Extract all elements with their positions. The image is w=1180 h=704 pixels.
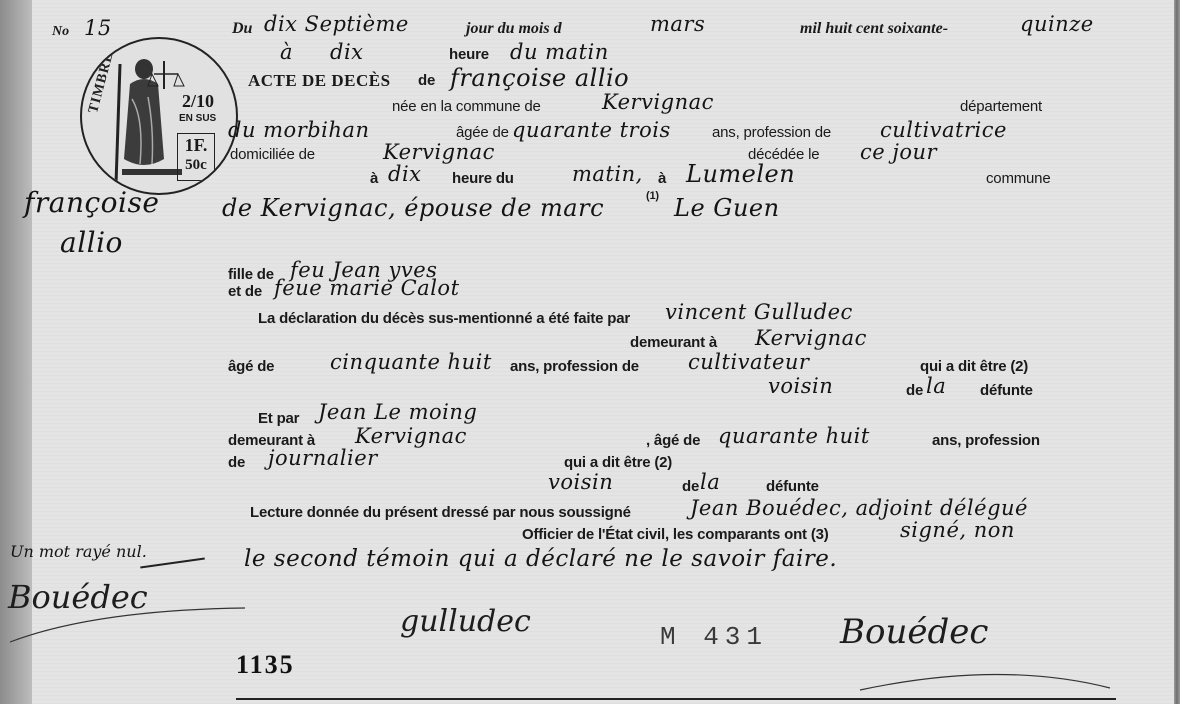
hand-declarant-profession: cultivateur [688,350,809,374]
signature-flourish-icon [5,600,255,650]
print-de-4: de [682,478,699,495]
hand-a: à [280,40,293,64]
print-heure: heure [449,46,489,63]
print-de-3: de [228,454,245,471]
hand-age: quarante trois [512,118,671,142]
hand-domicile: Kervignac [383,140,495,164]
stamp-surcharge-note: EN SUS [179,113,216,124]
hand-witness-residence: Kervignac [355,424,467,448]
hand-month: mars [650,12,705,36]
hand-declarant-age: cinquante huit [330,350,492,374]
print-et-par: Et par [258,410,299,427]
hand-witness-age: quarante huit [718,424,870,448]
hand-department: du morbihan [228,118,369,142]
stamp-price: 1F. 50c [177,133,215,181]
hand-signed: signé, non [900,518,1015,542]
hand-relation-2: voisin [548,470,613,494]
print-qui-a-dit: qui a dit être (2) [920,358,1028,375]
print-commune: commune [986,170,1050,187]
margin-correction-note: Un mot rayé nul. [10,542,147,561]
hand-declarant: vincent Gulludec [665,300,853,324]
print-year: mil huit cent soixante- [800,20,948,38]
hand-year: quinze [1020,12,1094,36]
print-heure-du: heure du [452,170,514,187]
hand-closing-text: le second témoin qui a déclaré ne le sav… [244,546,837,572]
print-defunte-2: défunte [766,478,819,495]
hand-birth-commune: Kervignac [602,90,714,114]
hand-mother: feue marie Calot [274,276,460,300]
bottom-rule [236,698,1116,700]
print-ans-profession-3: ans, profession [932,432,1040,449]
tax-stamp: TIMBRE 2/10 EN SUS 1F. 50c [80,37,238,195]
hand-matin: matin, [572,162,643,186]
hand-death-date: ce jour [860,140,937,164]
print-demeurant: demeurant à [630,334,717,351]
hand-witness: Jean Le moing [318,400,477,424]
margin-deceased-firstname: françoise [24,186,159,219]
hand-deceased-name: françoise allio [450,64,629,92]
print-defunte: défunte [980,382,1033,399]
hand-witness-profession: journalier [268,446,378,470]
print-et-de: et de [228,283,262,300]
print-age: âgé de [228,358,274,375]
hand-declarant-residence: Kervignac [755,326,867,350]
signature-flourish-icon [850,660,1120,700]
print-de: de [418,72,435,89]
hand-spouse-intro: de Kervignac, épouse de marc [222,194,604,222]
print-de-2: de [906,382,923,399]
print-departement: département [960,98,1042,115]
print-agee: âgée de [456,124,509,141]
record-number-value: 15 [84,16,112,40]
print-age-2: , âgé de [646,432,700,449]
margin-deceased-surname: allio [60,226,123,259]
hand-la-2: la [700,470,720,494]
print-nee: née en la commune de [392,98,541,115]
hand-la: la [926,374,946,398]
register-number: 1135 [236,650,295,680]
record-number-label: No [52,24,69,40]
hand-death-place: Lumelen [686,160,795,188]
stamp-price-francs: 1F. [178,134,214,156]
hand-hour: dix [330,40,364,64]
hand-spouse-name: Le Guen [674,194,780,222]
archive-stamp: M 431 [660,622,768,652]
print-lecture: Lecture donnée du présent dressé par nou… [250,504,631,521]
declarant-signature: gulludec [400,604,531,639]
print-fille-de: fille de [228,266,274,283]
print-ans-profession: ans, profession de [712,124,831,141]
print-qui-a-dit-2: qui a dit être (2) [564,454,672,471]
hand-death-hour: dix [388,162,422,186]
print-officier: Officier de l'État civil, les comparants… [522,526,829,543]
print-a: à [370,170,378,187]
print-declaration: La déclaration du décès sus-mentionné a … [258,310,630,327]
hand-relation: voisin [768,374,833,398]
stamp-price-centimes: 50c [178,156,214,174]
hand-day: dix Septième [264,12,409,36]
print-domiciliee: domiciliée de [230,146,315,163]
print-a2: à [658,170,666,187]
stamp-surcharge: 2/10 [182,91,214,112]
print-du: Du [232,20,252,38]
print-acte-de-deces: ACTE DE DECÈS [248,71,391,91]
print-ans-profession-2: ans, profession de [510,358,639,375]
print-jour: jour du mois d [466,20,562,38]
hand-du-matin: du matin [510,40,609,64]
footnote-1: (1) [646,190,659,202]
hand-profession: cultivatrice [880,118,1007,142]
officer-signature: Bouédec [840,612,988,652]
hand-officer: Jean Bouédec, adjoint délégué [690,496,1028,520]
